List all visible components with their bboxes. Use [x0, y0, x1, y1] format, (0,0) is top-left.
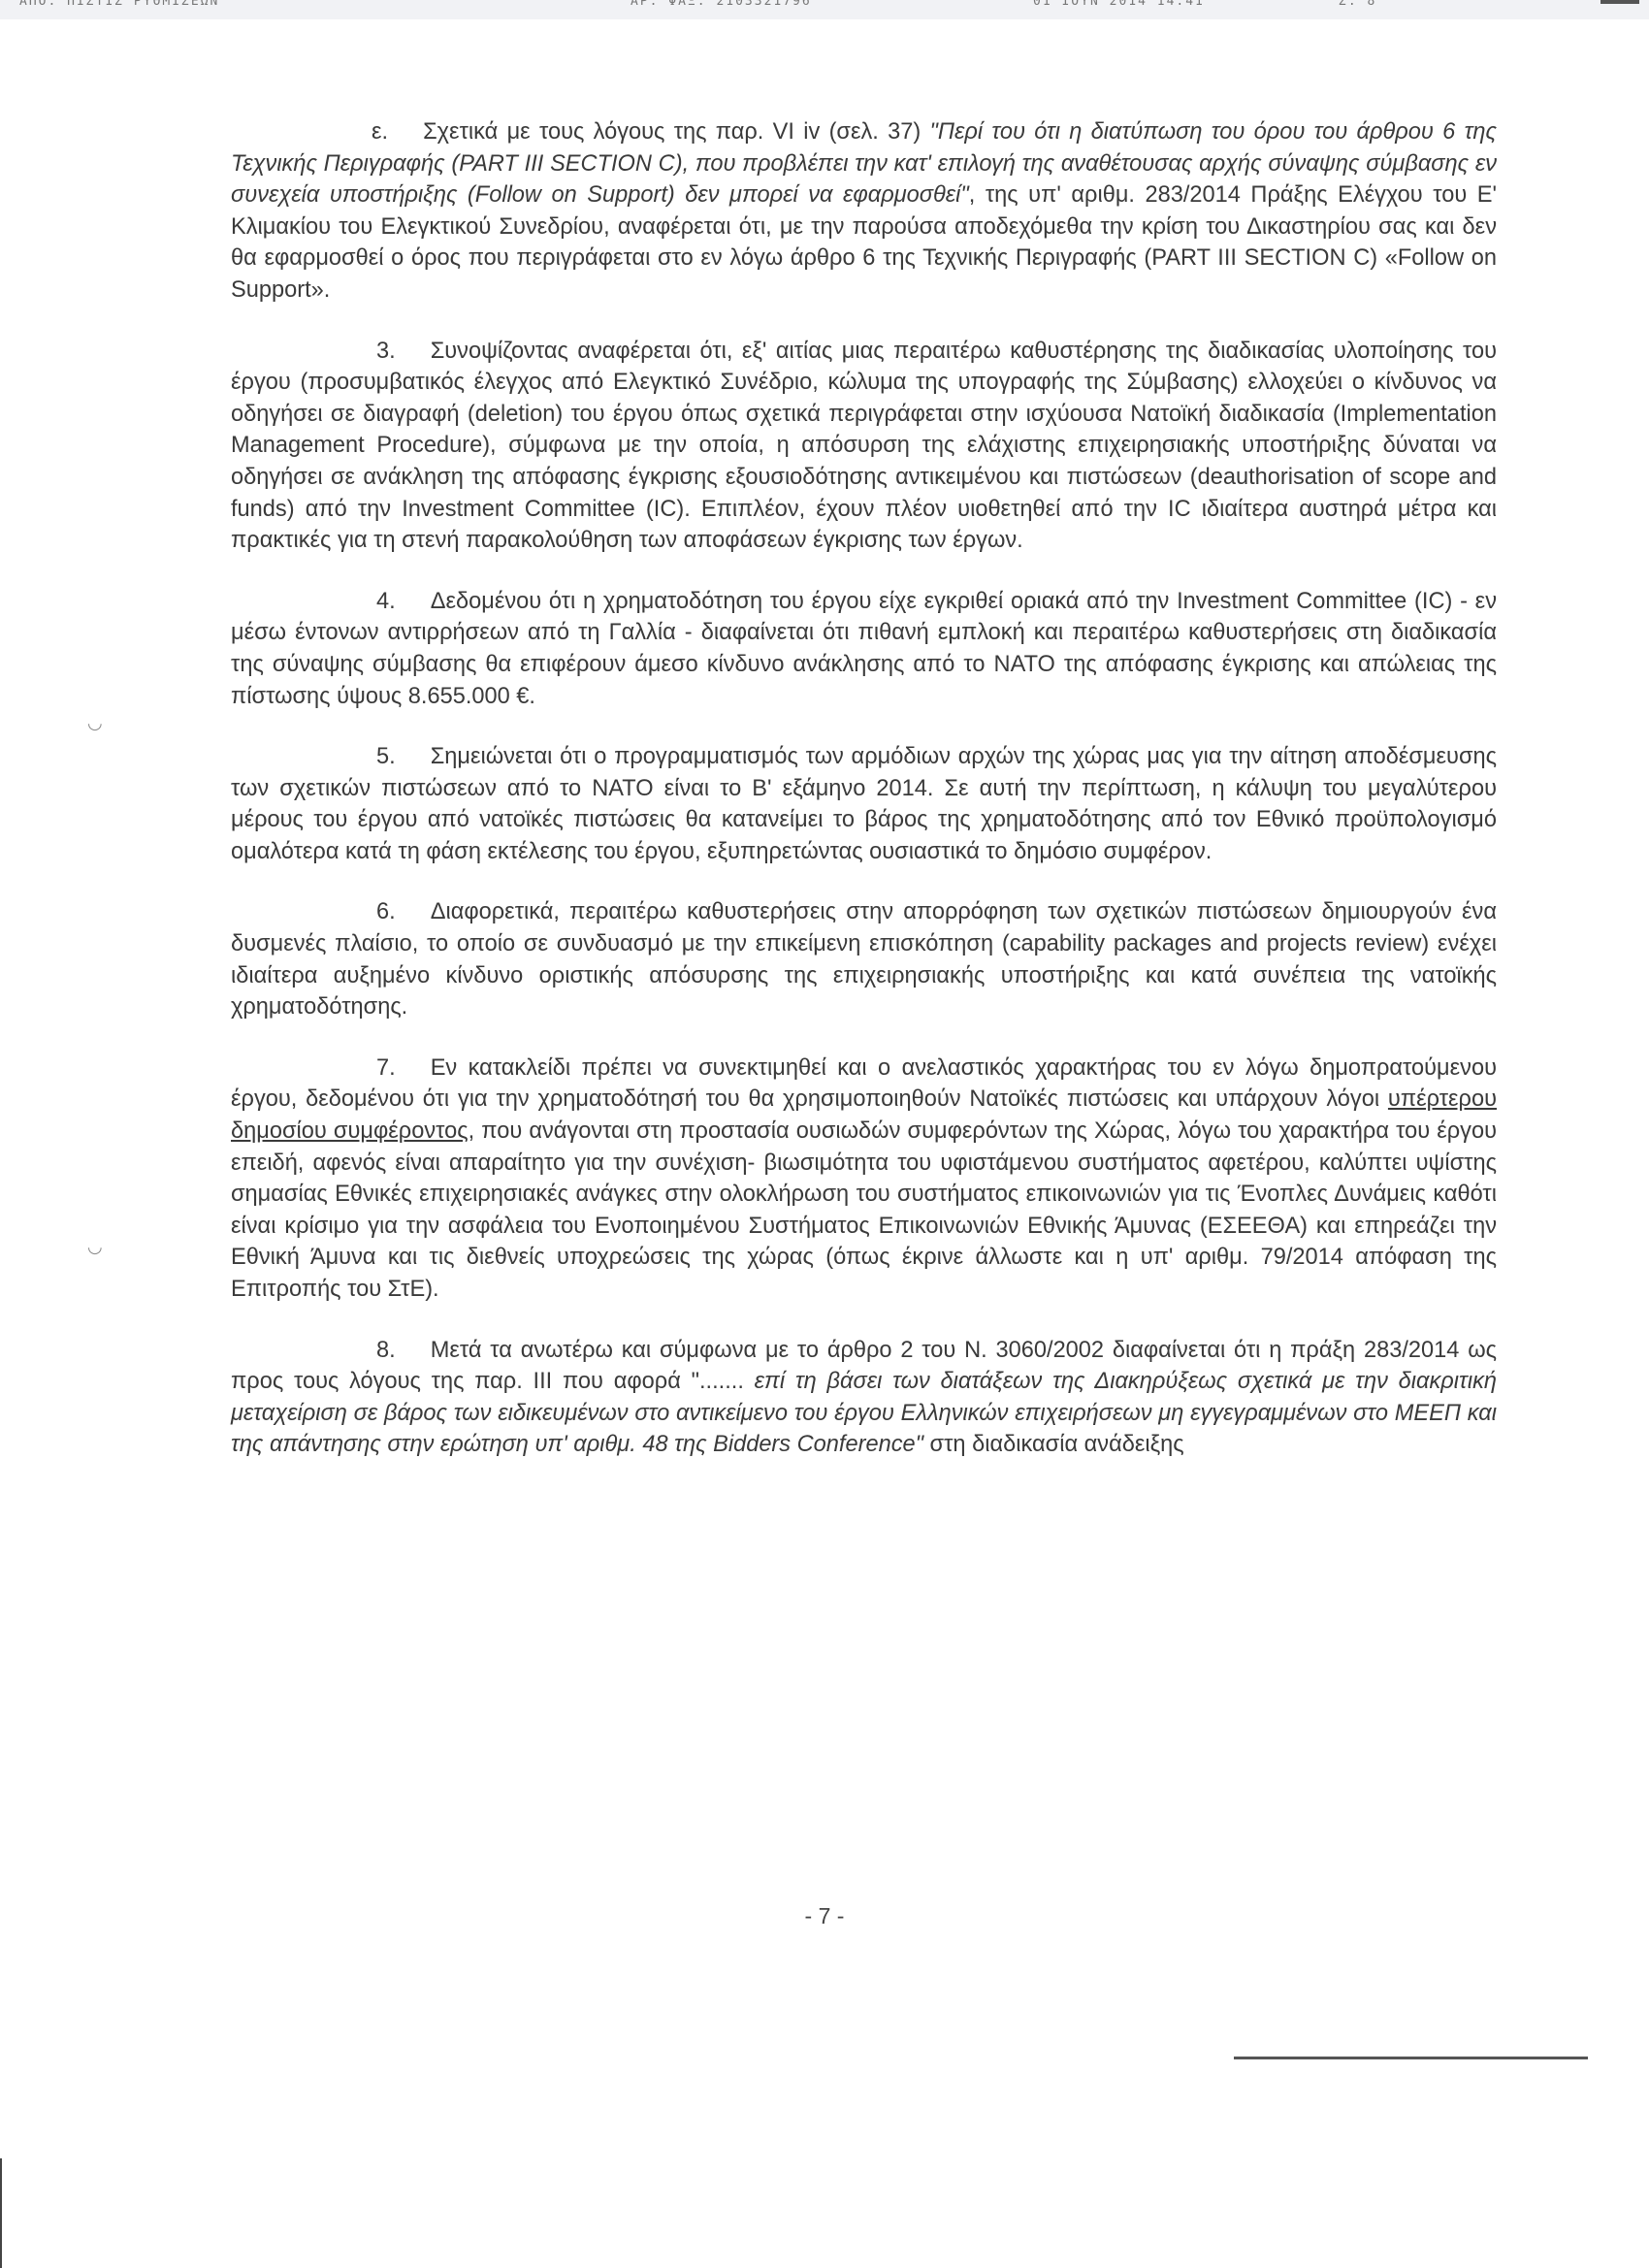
fax-header: ΑΠΟ: ΠΙΣΤΙΣ ΡΥΘΜΙΣΕΩΝ ΑΡ. ΦΑΞ: 210332179…	[0, 0, 1649, 8]
paragraph-number: ε.	[372, 116, 388, 148]
paragraph-text: Σημειώνεται ότι ο προγραμματισμός των αρ…	[231, 744, 1497, 864]
paragraph-3: 3.Συνοψίζοντας αναφέρεται ότι, εξ' αιτία…	[231, 336, 1497, 557]
paragraph-8: 8.Μετά τα ανωτέρω και σύμφωνα με το άρθρ…	[231, 1335, 1497, 1461]
paragraph-number: 8.	[376, 1335, 396, 1367]
paragraph-text: Εν κατακλείδι πρέπει να συνεκτιμηθεί και…	[231, 1055, 1497, 1113]
paragraph-text: Δεδομένου ότι η χρηματοδότηση του έργου …	[231, 589, 1497, 709]
paragraph-6: 6.Διαφορετικά, περαιτέρω καθυστερήσεις σ…	[231, 896, 1497, 1022]
paragraph-number: 6.	[376, 896, 396, 928]
fax-header-strip: ΑΠΟ: ΠΙΣΤΙΣ ΡΥΘΜΙΣΕΩΝ ΑΡ. ΦΑΞ: 210332179…	[0, 0, 1649, 19]
fax-number: ΑΡ. ΦΑΞ: 2103321796	[630, 0, 812, 9]
paragraph-text: στη διαδικασία ανάδειξης	[923, 1432, 1184, 1457]
page-number: - 7 -	[0, 1903, 1649, 1929]
paragraph-number: 3.	[376, 336, 396, 368]
paragraph-4: 4.Δεδομένου ότι η χρηματοδότηση του έργο…	[231, 586, 1497, 712]
paragraph-number: 7.	[376, 1053, 396, 1085]
paragraph-number: 4.	[376, 586, 396, 618]
paragraph-text: Διαφορετικά, περαιτέρω καθυστερήσεις στη…	[231, 899, 1497, 1020]
paragraph-7: 7.Εν κατακλείδι πρέπει να συνεκτιμηθεί κ…	[231, 1053, 1497, 1306]
paragraph-text: Σχετικά με τους λόγους της παρ. VI iv (σ…	[423, 119, 929, 145]
fax-sender: ΑΠΟ: ΠΙΣΤΙΣ ΡΥΘΜΙΣΕΩΝ	[19, 0, 219, 9]
paragraph-text: , που ανάγονται στη προστασία ουσιωδών σ…	[231, 1118, 1497, 1302]
scan-edge	[0, 2158, 2, 2268]
paragraph-5: 5.Σημειώνεται ότι ο προγραμματισμός των …	[231, 741, 1497, 867]
document-body: ε.Σχετικά με τους λόγους της παρ. VI iv …	[231, 116, 1497, 1490]
fax-page: Σ. 8	[1339, 0, 1376, 9]
punch-hole-mark: ◡	[87, 713, 103, 733]
paragraph-e: ε.Σχετικά με τους λόγους της παρ. VI iv …	[231, 116, 1497, 307]
paragraph-number: 5.	[376, 741, 396, 773]
signature-line	[1234, 2057, 1588, 2059]
punch-hole-mark: ◡	[87, 1237, 103, 1257]
fax-date-time: 01 ΙΟΥΝ 2014 14:41	[1033, 0, 1205, 9]
paragraph-text: Συνοψίζοντας αναφέρεται ότι, εξ' αιτίας …	[231, 339, 1497, 554]
fax-mark	[1600, 0, 1639, 4]
